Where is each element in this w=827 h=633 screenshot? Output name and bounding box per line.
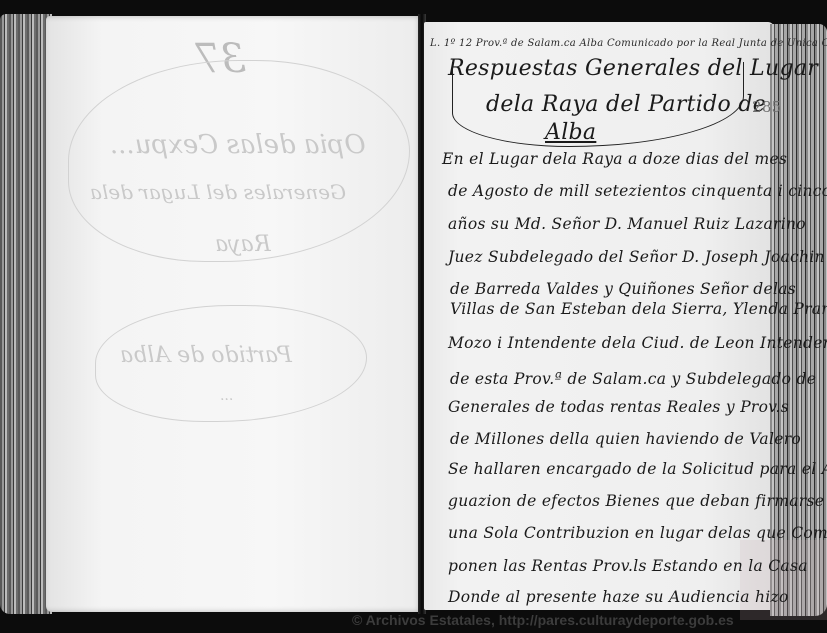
bleed-line-4: Partido de Alba [120, 343, 292, 368]
bleed-line-3: Raya [215, 232, 271, 257]
discoloration-patch [740, 540, 827, 620]
body-line-14: ponen las Rentas Prov.ls Estando en la C… [448, 557, 808, 575]
manuscript-scan: 37 Opia delas Cexpu... Generales del Lug… [0, 0, 827, 633]
body-line-6: Villas de San Esteban dela Sierra, Ylend… [450, 300, 827, 318]
body-line-10: de Millones della quien haviendo de Vale… [450, 430, 801, 448]
title-line-2: dela Raya del Partido de [486, 92, 766, 117]
body-line-12: guazion de efectos Bienes que deban firm… [448, 492, 824, 510]
body-line-5: de Barreda Valdes y Quiñones Señor delas [450, 280, 796, 298]
folio-number: 285 [752, 98, 782, 116]
body-line-1: En el Lugar dela Raya a doze dias del me… [442, 150, 787, 168]
bleed-line-1: Opia delas Cexpu... [110, 130, 366, 160]
header-note: L. 1º 12 Prov.ª de Salam.ca Alba Comunic… [430, 38, 827, 49]
body-line-15: Donde al presente haze su Audiencia hizo [448, 588, 789, 606]
body-line-11: Se hallaren encargado de la Solicitud pa… [448, 460, 827, 478]
body-line-7: Mozo i Intendente dela Ciud. de Leon Int… [448, 334, 827, 352]
body-line-4: Juez Subdelegado del Señor D. Joseph Joa… [448, 248, 825, 266]
body-line-8: de esta Prov.ª de Salam.ca y Subdelegado… [450, 370, 816, 388]
left-page-edges [0, 14, 52, 614]
body-line-13: una Sola Contribuzion en lugar delas que… [448, 524, 827, 542]
copyright-watermark: © Archivos Estatales, http://pares.cultu… [352, 612, 734, 628]
title-line-3: Alba [545, 120, 596, 145]
bleed-line-5: ... [220, 388, 233, 404]
body-line-3: años su Md. Señor D. Manuel Ruiz Lazarin… [448, 215, 806, 233]
bleed-line-2: Generales del Lugar dela [90, 180, 346, 204]
body-line-2: de Agosto de mill setezientos cinquenta … [448, 182, 827, 200]
body-line-9: Generales de todas rentas Reales y Prov.… [448, 398, 789, 416]
title-line-1: Respuestas Generales del Lugar [448, 56, 818, 81]
